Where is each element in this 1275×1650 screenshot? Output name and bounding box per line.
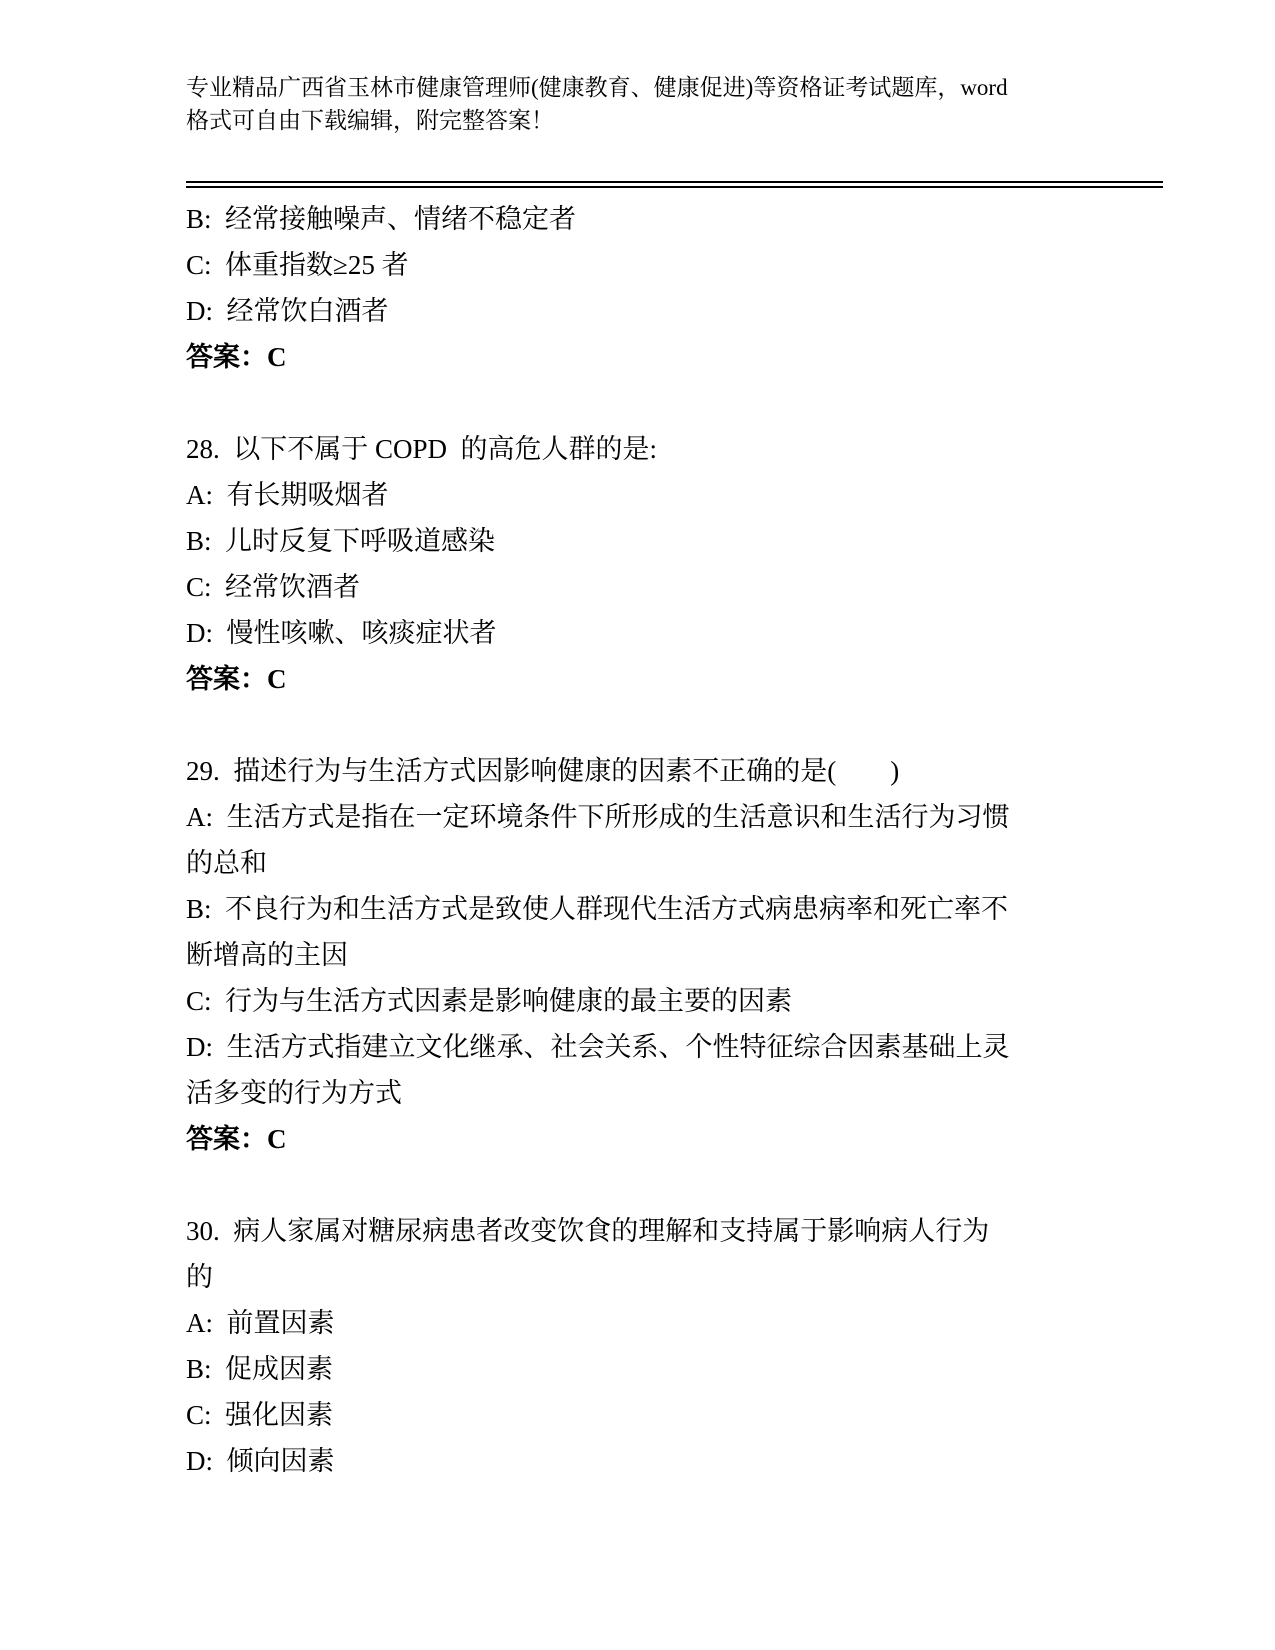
question-block: 28. 以下不属于 COPD 的高危人群的是:A: 有长期吸烟者B: 儿时反复下…	[186, 426, 1163, 702]
question-option: B: 促成因素	[186, 1346, 1163, 1392]
header-divider	[186, 181, 1163, 188]
question-block: 29. 描述行为与生活方式因影响健康的因素不正确的是( )A: 生活方式是指在一…	[186, 748, 1163, 1162]
question-option: B: 不良行为和生活方式是致使人群现代生活方式病患病率和死亡率不 断增高的主因	[186, 886, 1163, 978]
question-answer: 答案：C	[186, 1116, 1163, 1162]
question-option: C: 经常饮酒者	[186, 564, 1163, 610]
question-option: D: 生活方式指建立文化继承、社会关系、个性特征综合因素基础上灵 活多变的行为方…	[186, 1024, 1163, 1116]
question-option: C: 强化因素	[186, 1392, 1163, 1438]
question-answer: 答案：C	[186, 334, 1163, 380]
question-option: B: 儿时反复下呼吸道感染	[186, 518, 1163, 564]
question-stem: 30. 病人家属对糖尿病患者改变饮食的理解和支持属于影响病人行为 的	[186, 1208, 1163, 1300]
question-option: D: 慢性咳嗽、咳痰症状者	[186, 610, 1163, 656]
header-text: 专业精品广西省玉林市健康管理师(健康教育、健康促进)等资格证考试题库，word …	[186, 71, 1163, 137]
question-option: A: 生活方式是指在一定环境条件下所形成的生活意识和生活行为习惯 的总和	[186, 794, 1163, 886]
question-block: B: 经常接触噪声、情绪不稳定者C: 体重指数≥25 者D: 经常饮白酒者答案：…	[186, 196, 1163, 380]
question-stem: 29. 描述行为与生活方式因影响健康的因素不正确的是( )	[186, 748, 1163, 794]
question-option: C: 体重指数≥25 者	[186, 242, 1163, 288]
page-header: 专业精品广西省玉林市健康管理师(健康教育、健康促进)等资格证考试题库，word …	[186, 71, 1163, 188]
question-list: B: 经常接触噪声、情绪不稳定者C: 体重指数≥25 者D: 经常饮白酒者答案：…	[186, 196, 1163, 1484]
question-option: D: 经常饮白酒者	[186, 288, 1163, 334]
question-option: D: 倾向因素	[186, 1438, 1163, 1484]
question-block: 30. 病人家属对糖尿病患者改变饮食的理解和支持属于影响病人行为 的A: 前置因…	[186, 1208, 1163, 1484]
question-option: A: 前置因素	[186, 1300, 1163, 1346]
question-stem: 28. 以下不属于 COPD 的高危人群的是:	[186, 426, 1163, 472]
question-option: C: 行为与生活方式因素是影响健康的最主要的因素	[186, 978, 1163, 1024]
question-option: B: 经常接触噪声、情绪不稳定者	[186, 196, 1163, 242]
page-content: 专业精品广西省玉林市健康管理师(健康教育、健康促进)等资格证考试题库，word …	[186, 71, 1163, 1484]
question-option: A: 有长期吸烟者	[186, 472, 1163, 518]
document-page: 专业精品广西省玉林市健康管理师(健康教育、健康促进)等资格证考试题库，word …	[0, 0, 1275, 1650]
question-answer: 答案：C	[186, 656, 1163, 702]
